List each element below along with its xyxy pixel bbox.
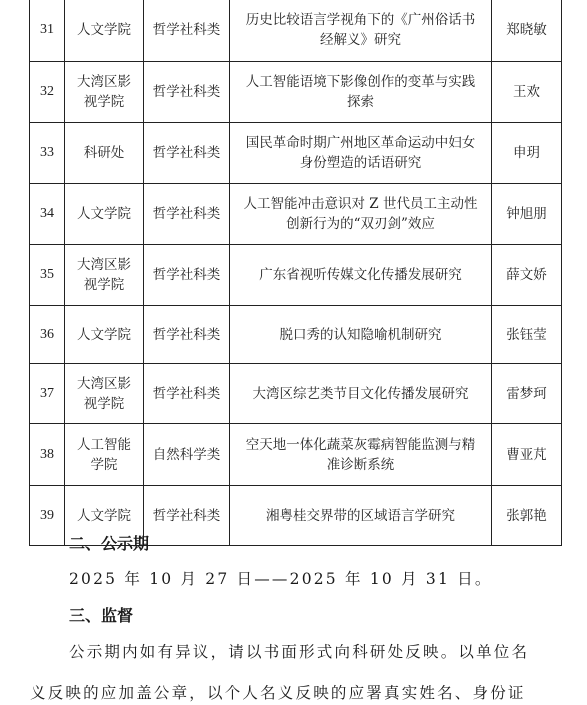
cell-category: 哲学社科类 xyxy=(144,245,230,306)
table-body: 31人文学院哲学社科类历史比较语言学视角下的《广州俗话书经解义》研究郑晓敏32大… xyxy=(30,0,562,546)
cell-leader: 雷梦珂 xyxy=(492,364,562,424)
cell-project-title: 大湾区综艺类节目文化传播发展研究 xyxy=(230,364,492,424)
cell-project-title-line: 空天地一体化蔬菜灰霉病智能监测与精 xyxy=(234,435,487,455)
cell-number: 31 xyxy=(30,0,65,62)
cell-project-title: 空天地一体化蔬菜灰霉病智能监测与精准诊断系统 xyxy=(230,424,492,486)
cell-unit-line: 视学院 xyxy=(69,92,139,112)
cell-unit-line: 人文学院 xyxy=(69,506,139,526)
cell-category: 哲学社科类 xyxy=(144,364,230,424)
cell-unit-line: 大湾区影 xyxy=(69,72,139,92)
cell-project-title-line: 创新行为的“双刃剑”效应 xyxy=(234,214,487,234)
cell-number: 35 xyxy=(30,245,65,306)
cell-leader: 王欢 xyxy=(492,62,562,123)
supervision-text-line1: 公示期内如有异议，请以书面形式向科研处反映。以单位名 xyxy=(69,640,529,662)
cell-unit-line: 人文学院 xyxy=(69,204,139,224)
table-row: 34人文学院哲学社科类人工智能冲击意识对 Z 世代员工主动性创新行为的“双刃剑”… xyxy=(30,184,562,245)
cell-project-title-line: 脱口秀的认知隐喻机制研究 xyxy=(234,325,487,345)
table-row: 31人文学院哲学社科类历史比较语言学视角下的《广州俗话书经解义》研究郑晓敏 xyxy=(30,0,562,62)
cell-leader: 薛文娇 xyxy=(492,245,562,306)
cell-number: 34 xyxy=(30,184,65,245)
cell-unit: 人文学院 xyxy=(65,184,144,245)
cell-leader: 郑晓敏 xyxy=(492,0,562,62)
cell-category: 哲学社科类 xyxy=(144,0,230,62)
table-row: 37大湾区影视学院哲学社科类大湾区综艺类节目文化传播发展研究雷梦珂 xyxy=(30,364,562,424)
period-dates: 2025 年 10 月 27 日——2025 年 10 月 31 日。 xyxy=(69,567,493,589)
cell-unit-line: 人文学院 xyxy=(69,20,139,40)
cell-project-title-line: 经解义》研究 xyxy=(234,30,487,50)
cell-leader: 申玥 xyxy=(492,123,562,184)
cell-unit: 大湾区影视学院 xyxy=(65,245,144,306)
section-heading-period: 二、公示期 xyxy=(69,531,149,554)
cell-project-title-line: 国民革命时期广州地区革命运动中妇女 xyxy=(234,133,487,153)
cell-project-title-line: 湘粤桂交界带的区域语言学研究 xyxy=(234,506,487,526)
cell-project-title: 脱口秀的认知隐喻机制研究 xyxy=(230,306,492,364)
cell-unit: 人工智能学院 xyxy=(65,424,144,486)
cell-project-title-line: 大湾区综艺类节目文化传播发展研究 xyxy=(234,384,487,404)
cell-project-title: 国民革命时期广州地区革命运动中妇女身份塑造的话语研究 xyxy=(230,123,492,184)
cell-unit-line: 视学院 xyxy=(69,394,139,414)
cell-leader: 曹亚芃 xyxy=(492,424,562,486)
cell-project-title-line: 人工智能语境下影像创作的变革与实践 xyxy=(234,72,487,92)
table-row: 36人文学院哲学社科类脱口秀的认知隐喻机制研究张钰莹 xyxy=(30,306,562,364)
section-heading-supervision: 三、监督 xyxy=(69,603,133,626)
cell-unit-line: 视学院 xyxy=(69,275,139,295)
project-table: 31人文学院哲学社科类历史比较语言学视角下的《广州俗话书经解义》研究郑晓敏32大… xyxy=(29,0,558,546)
cell-project-title-line: 人工智能冲击意识对 Z 世代员工主动性 xyxy=(234,194,487,214)
cell-unit: 人文学院 xyxy=(65,0,144,62)
cell-category: 哲学社科类 xyxy=(144,123,230,184)
cell-unit: 科研处 xyxy=(65,123,144,184)
table-row: 33科研处哲学社科类国民革命时期广州地区革命运动中妇女身份塑造的话语研究申玥 xyxy=(30,123,562,184)
cell-unit: 人文学院 xyxy=(65,306,144,364)
cell-unit-line: 学院 xyxy=(69,455,139,475)
supervision-text-line2: 义反映的应加盖公章，以个人名义反映的应署真实姓名、身份证 xyxy=(30,681,526,703)
table-row: 38人工智能学院自然科学类空天地一体化蔬菜灰霉病智能监测与精准诊断系统曹亚芃 xyxy=(30,424,562,486)
cell-number: 33 xyxy=(30,123,65,184)
cell-unit-line: 大湾区影 xyxy=(69,374,139,394)
cell-project-title-line: 历史比较语言学视角下的《广州俗话书 xyxy=(234,10,487,30)
cell-project-title-line: 探索 xyxy=(234,92,487,112)
cell-project-title-line: 准诊断系统 xyxy=(234,455,487,475)
cell-category: 自然科学类 xyxy=(144,424,230,486)
cell-project-title-line: 广东省视听传媒文化传播发展研究 xyxy=(234,265,487,285)
cell-project-title: 人工智能语境下影像创作的变革与实践探索 xyxy=(230,62,492,123)
cell-project-title-line: 身份塑造的话语研究 xyxy=(234,153,487,173)
cell-number: 39 xyxy=(30,486,65,546)
cell-category: 哲学社科类 xyxy=(144,184,230,245)
cell-category: 哲学社科类 xyxy=(144,62,230,123)
cell-number: 36 xyxy=(30,306,65,364)
table-row: 32大湾区影视学院哲学社科类人工智能语境下影像创作的变革与实践探索王欢 xyxy=(30,62,562,123)
cell-unit: 大湾区影视学院 xyxy=(65,62,144,123)
table-row: 35大湾区影视学院哲学社科类广东省视听传媒文化传播发展研究薛文娇 xyxy=(30,245,562,306)
cell-leader: 钟旭朋 xyxy=(492,184,562,245)
cell-leader: 张钰莹 xyxy=(492,306,562,364)
cell-unit-line: 科研处 xyxy=(69,143,139,163)
cell-leader: 张郭艳 xyxy=(492,486,562,546)
cell-unit-line: 人文学院 xyxy=(69,325,139,345)
cell-category: 哲学社科类 xyxy=(144,486,230,546)
cell-unit-line: 人工智能 xyxy=(69,435,139,455)
cell-number: 32 xyxy=(30,62,65,123)
cell-project-title: 湘粤桂交界带的区域语言学研究 xyxy=(230,486,492,546)
cell-number: 37 xyxy=(30,364,65,424)
cell-project-title: 广东省视听传媒文化传播发展研究 xyxy=(230,245,492,306)
cell-project-title: 人工智能冲击意识对 Z 世代员工主动性创新行为的“双刃剑”效应 xyxy=(230,184,492,245)
cell-category: 哲学社科类 xyxy=(144,306,230,364)
cell-unit-line: 大湾区影 xyxy=(69,255,139,275)
cell-unit: 大湾区影视学院 xyxy=(65,364,144,424)
cell-number: 38 xyxy=(30,424,65,486)
project-list-table: 31人文学院哲学社科类历史比较语言学视角下的《广州俗话书经解义》研究郑晓敏32大… xyxy=(29,0,562,546)
cell-project-title: 历史比较语言学视角下的《广州俗话书经解义》研究 xyxy=(230,0,492,62)
